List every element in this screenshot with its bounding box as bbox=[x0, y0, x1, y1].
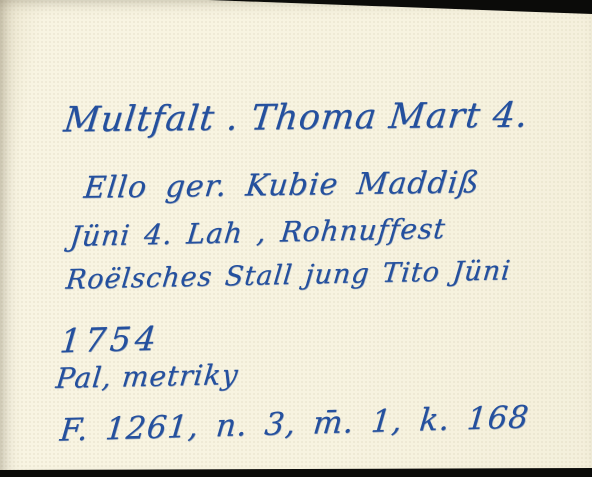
handwritten-line-source: Pal, metriky bbox=[56, 358, 239, 395]
handwritten-text: Jüni 4. Lah , Rohnuffest bbox=[68, 212, 447, 253]
handwritten-text: F. 1261, n. 3, m̄. 1, k. 168 bbox=[58, 399, 531, 448]
handwritten-text: Pal, metriky bbox=[54, 358, 240, 395]
handwritten-text: Roëlsches Stall jung Tito Jüni bbox=[64, 255, 512, 295]
handwritten-line-detail-2: Roëlsches Stall jung Tito Jüni bbox=[66, 255, 511, 295]
handwritten-text: Ello ger. Kubie Maddiß bbox=[82, 165, 481, 206]
scanner-background: Multfalt . Thoma Mart 4. Ello ger. Kubie… bbox=[0, 0, 592, 477]
handwritten-line-year: 1754 bbox=[60, 319, 161, 361]
handwritten-text: Multfalt . Thoma Mart 4. bbox=[62, 96, 531, 141]
handwritten-line-reference: F. 1261, n. 3, m̄. 1, k. 168 bbox=[60, 399, 530, 448]
handwritten-line-mother: Ello ger. Kubie Maddiß bbox=[84, 165, 480, 206]
index-card: Multfalt . Thoma Mart 4. Ello ger. Kubie… bbox=[0, 0, 592, 477]
handwritten-text: 1754 bbox=[58, 319, 162, 361]
handwritten-line-detail-1: Jüni 4. Lah , Rohnuffest bbox=[70, 212, 446, 253]
handwritten-line-name: Multfalt . Thoma Mart 4. bbox=[64, 96, 529, 141]
